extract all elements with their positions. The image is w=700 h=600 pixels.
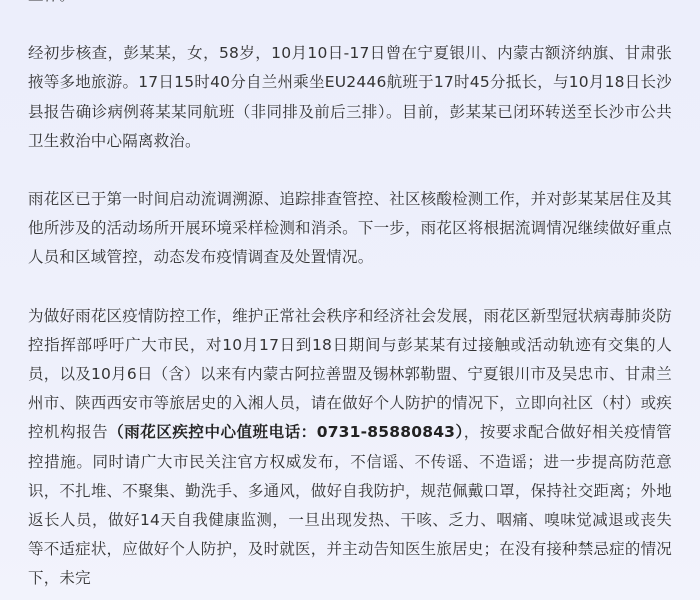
paragraph-public-appeal: 为做好雨花区疫情防控工作，维护正常社会秩序和经济社会发展，雨花区新型冠状病毒肺炎… xyxy=(28,302,672,594)
paragraph-previous-end: 工作。 xyxy=(28,0,672,10)
article-body: 工作。 经初步核查，彭某某，女，58岁，10月10日-17日曾在宁夏银川、内蒙古… xyxy=(0,0,700,594)
cdc-hotline: （雨花区疾控中心值班电话：0731-85880843） xyxy=(108,423,464,441)
paragraph-response-measures: 雨花区已于第一时间启动流调溯源、追踪排查管控、社区核酸检测工作，并对彭某某居住及… xyxy=(28,185,672,273)
paragraph-case-details: 经初步核查，彭某某，女，58岁，10月10日-17日曾在宁夏银川、内蒙古额济纳旗… xyxy=(28,39,672,156)
appeal-text-before: 为做好雨花区疫情防控工作，维护正常社会秩序和经济社会发展，雨花区新型冠状病毒肺炎… xyxy=(28,307,672,442)
appeal-text-after: ，按要求配合做好相关疫情管控措施。同时请广大市民关注官方权威发布，不信谣、不传谣… xyxy=(28,423,672,587)
